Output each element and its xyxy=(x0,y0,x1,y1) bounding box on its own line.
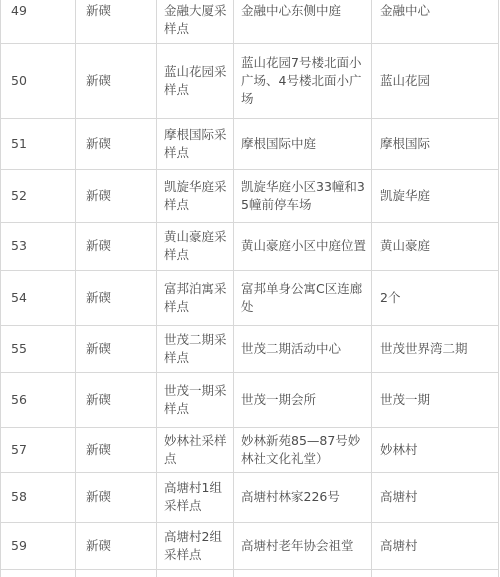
cell-address: 妙林新苑85—87号妙林社文化礼堂） xyxy=(234,427,372,472)
table-row: 49新碶金融大厦采样点金融中心东侧中庭金融中心 xyxy=(1,0,499,43)
cell-site-name: 黄山豪庭采样点 xyxy=(157,222,234,270)
table-row: 53新碶黄山豪庭采样点黄山豪庭小区中庭位置黄山豪庭 xyxy=(1,222,499,270)
cell-serial-number: 53 xyxy=(1,222,76,270)
cell-site-name: 金融大厦采样点 xyxy=(157,0,234,43)
cell-serial-number: 49 xyxy=(1,0,76,43)
cell-site-name: 凯旋华庭采样点 xyxy=(157,169,234,222)
cell-community: 世茂一期 xyxy=(372,372,499,427)
table-row: 57新碶妙林社采样点妙林新苑85—87号妙林社文化礼堂）妙林村 xyxy=(1,427,499,472)
cell-address: 世茂一期会所 xyxy=(234,372,372,427)
cell-address: 摩根国际中庭 xyxy=(234,118,372,169)
cell-subdistrict: 新碶 xyxy=(76,43,157,118)
cell-address: 凯旋华庭小区33幢和35幢前停车场 xyxy=(234,169,372,222)
table-row: 52新碶凯旋华庭采样点凯旋华庭小区33幢和35幢前停车场凯旋华庭 xyxy=(1,169,499,222)
cell-community: 金融中心 xyxy=(372,0,499,43)
cell-serial-number: 50 xyxy=(1,43,76,118)
cell-address: 世茂二期活动中心 xyxy=(234,325,372,372)
cell-community: 高塘村 xyxy=(372,472,499,522)
cell-serial-number: 56 xyxy=(1,372,76,427)
cell-subdistrict: 新碶 xyxy=(76,372,157,427)
cell-cutoff xyxy=(234,569,372,577)
cell-subdistrict: 新碶 xyxy=(76,222,157,270)
sampling-points-table: 49新碶金融大厦采样点金融中心东侧中庭金融中心50新碶蓝山花园采样点蓝山花园7号… xyxy=(0,0,499,577)
cell-community: 摩根国际 xyxy=(372,118,499,169)
table-row: 56新碶世茂一期采样点世茂一期会所世茂一期 xyxy=(1,372,499,427)
cell-site-name: 摩根国际采样点 xyxy=(157,118,234,169)
cell-subdistrict: 新碶 xyxy=(76,118,157,169)
cell-address: 金融中心东侧中庭 xyxy=(234,0,372,43)
cell-cutoff xyxy=(157,569,234,577)
cell-cutoff xyxy=(76,569,157,577)
cell-serial-number: 55 xyxy=(1,325,76,372)
cell-subdistrict: 新碶 xyxy=(76,325,157,372)
cell-community: 妙林村 xyxy=(372,427,499,472)
cell-site-name: 富邦泊寓采样点 xyxy=(157,270,234,325)
cell-serial-number: 58 xyxy=(1,472,76,522)
cell-serial-number: 54 xyxy=(1,270,76,325)
cell-serial-number: 59 xyxy=(1,522,76,569)
cell-community: 黄山豪庭 xyxy=(372,222,499,270)
cell-community: 2个 xyxy=(372,270,499,325)
cell-site-name: 高塘村1组采样点 xyxy=(157,472,234,522)
cell-address: 高塘村老年协会祖堂 xyxy=(234,522,372,569)
cell-serial-number: 57 xyxy=(1,427,76,472)
cell-subdistrict: 新碶 xyxy=(76,270,157,325)
table-body: 49新碶金融大厦采样点金融中心东侧中庭金融中心50新碶蓝山花园采样点蓝山花园7号… xyxy=(1,0,499,577)
cell-site-name: 世茂二期采样点 xyxy=(157,325,234,372)
cell-serial-number: 52 xyxy=(1,169,76,222)
table-row: 51新碶摩根国际采样点摩根国际中庭摩根国际 xyxy=(1,118,499,169)
cell-community: 蓝山花园 xyxy=(372,43,499,118)
cell-address: 富邦单身公寓C区连廊处 xyxy=(234,270,372,325)
cell-address: 高塘村林家226号 xyxy=(234,472,372,522)
cell-site-name: 世茂一期采样点 xyxy=(157,372,234,427)
cell-subdistrict: 新碶 xyxy=(76,472,157,522)
cell-site-name: 高塘村2组采样点 xyxy=(157,522,234,569)
cell-site-name: 蓝山花园采样点 xyxy=(157,43,234,118)
cell-cutoff xyxy=(1,569,76,577)
cell-subdistrict: 新碶 xyxy=(76,427,157,472)
cell-community: 高塘村 xyxy=(372,522,499,569)
cell-subdistrict: 新碶 xyxy=(76,0,157,43)
table-row: 50新碶蓝山花园采样点蓝山花园7号楼北面小广场、4号楼北面小广场蓝山花园 xyxy=(1,43,499,118)
table-row: 54新碶富邦泊寓采样点富邦单身公寓C区连廊处2个 xyxy=(1,270,499,325)
table-row: 59新碶高塘村2组采样点高塘村老年协会祖堂高塘村 xyxy=(1,522,499,569)
cell-subdistrict: 新碶 xyxy=(76,522,157,569)
cell-community: 凯旋华庭 xyxy=(372,169,499,222)
cell-serial-number: 51 xyxy=(1,118,76,169)
cell-subdistrict: 新碶 xyxy=(76,169,157,222)
cell-cutoff xyxy=(372,569,499,577)
table-row: 55新碶世茂二期采样点世茂二期活动中心世茂世界湾二期 xyxy=(1,325,499,372)
table-row-cutoff xyxy=(1,569,499,577)
cell-address: 蓝山花园7号楼北面小广场、4号楼北面小广场 xyxy=(234,43,372,118)
cell-site-name: 妙林社采样点 xyxy=(157,427,234,472)
sampling-points-page: 49新碶金融大厦采样点金融中心东侧中庭金融中心50新碶蓝山花园采样点蓝山花园7号… xyxy=(0,0,500,577)
cell-community: 世茂世界湾二期 xyxy=(372,325,499,372)
cell-address: 黄山豪庭小区中庭位置 xyxy=(234,222,372,270)
table-row: 58新碶高塘村1组采样点高塘村林家226号高塘村 xyxy=(1,472,499,522)
